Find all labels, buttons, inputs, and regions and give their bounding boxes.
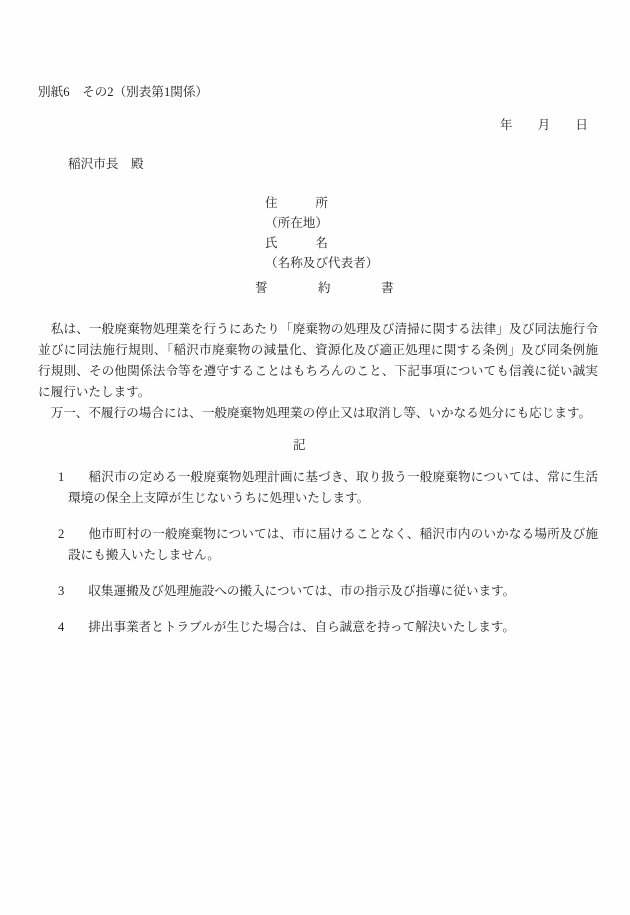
pledge-paragraph-2: 万一、不履行の場合には、一般廃棄物処理業の停止又は取消し等、いかなる処分にも応じ… [38, 403, 598, 424]
item-number: 2 [58, 527, 64, 541]
pledge-item-3: 3収集運搬及び処理施設への搬入については、市の指示及び指導に従います。 [58, 581, 598, 602]
pledge-item-1: 1稲沢市の定める一般廃棄物処理計画に基づき、取り扱う一般廃棄物については、常に生… [58, 467, 598, 509]
item-text: 稲沢市の定める一般廃棄物処理計画に基づき、取り扱う一般廃棄物については、常に生活… [68, 470, 598, 505]
pledge-item-2: 2他市町村の一般廃棄物については、市に届けることなく、稲沢市内のいかなる場所及び… [58, 524, 598, 566]
item-number: 3 [58, 584, 64, 598]
pledge-item-4: 4排出事業者とトラブルが生じた場合は、自ら誠意を持って解決いたします。 [58, 617, 598, 638]
name-sublabel: （名称及び代表者） [265, 253, 598, 273]
record-heading: 記 [293, 435, 598, 456]
item-number: 4 [58, 620, 64, 634]
addressee-line: 稲沢市長 殿 [68, 154, 598, 175]
document-title: 誓 約 書 [255, 278, 598, 299]
address-label: 住 所 [265, 193, 598, 213]
pledge-document-page: 別紙6 その2（別表第1関係） 年 月 日 稲沢市長 殿 住 所 （所在地） 氏… [0, 0, 630, 915]
item-number: 1 [58, 470, 64, 484]
address-sublabel: （所在地） [265, 213, 598, 233]
name-label: 氏 名 [265, 233, 598, 253]
pledge-paragraph-1: 私は、一般廃棄物処理業を行うにあたり「廃棄物の処理及び清掃に関する法律」及び同法… [38, 319, 598, 403]
pledge-items: 1稲沢市の定める一般廃棄物処理計画に基づき、取り扱う一般廃棄物については、常に生… [38, 467, 598, 638]
item-text: 収集運搬及び処理施設への搬入については、市の指示及び指導に従います。 [88, 584, 515, 598]
date-line: 年 月 日 [38, 115, 598, 136]
sender-block: 住 所 （所在地） 氏 名 （名称及び代表者） [265, 193, 598, 273]
item-text: 他市町村の一般廃棄物については、市に届けることなく、稲沢市内のいかなる場所及び施… [68, 527, 598, 562]
item-text: 排出事業者とトラブルが生じた場合は、自ら誠意を持って解決いたします。 [88, 620, 515, 634]
attachment-reference: 別紙6 その2（別表第1関係） [38, 82, 598, 103]
pledge-body: 私は、一般廃棄物処理業を行うにあたり「廃棄物の処理及び清掃に関する法律」及び同法… [38, 319, 598, 424]
